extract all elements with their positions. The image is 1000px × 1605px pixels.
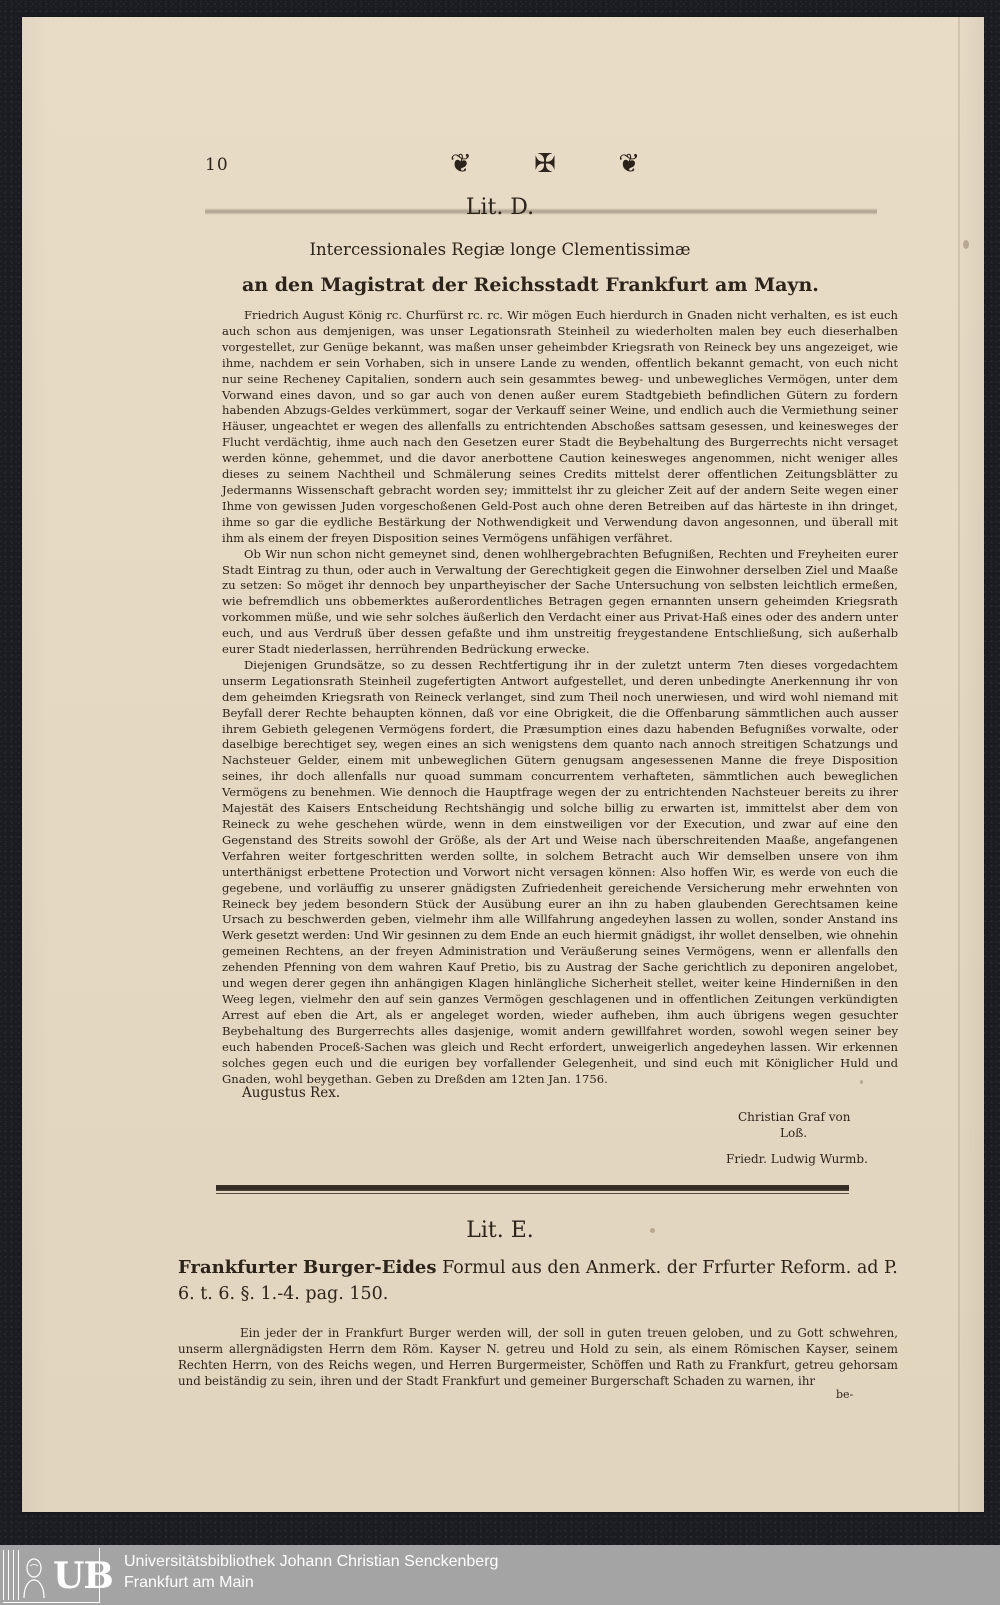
logo-text: UB xyxy=(53,1554,113,1598)
logo-columns-icon xyxy=(3,1550,19,1600)
section-e-title: Lit. E. xyxy=(0,1218,1000,1243)
paragraph: Diejenigen Grundsätze, so zu dessen Rech… xyxy=(222,658,898,1087)
section-divider xyxy=(216,1185,849,1191)
section-e-heading: Frankfurter Burger-Eides Formul aus den … xyxy=(178,1255,898,1307)
page-number: 10 xyxy=(205,155,229,175)
library-city: Frankfurt am Main xyxy=(124,1574,254,1592)
cross-ornament-icon: ✠ xyxy=(534,149,556,179)
library-name: Universitätsbibliothek Johann Christian … xyxy=(124,1553,498,1571)
fleuron-left-icon: ❦ xyxy=(450,149,472,179)
senckenberg-bust-icon xyxy=(21,1556,47,1598)
library-footer: UB Universitätsbibliothek Johann Christi… xyxy=(0,1545,1000,1605)
section-d-subtitle-german: an den Magistrat der Reichsstadt Frankfu… xyxy=(242,274,819,296)
king-signature: Augustus Rex. xyxy=(242,1085,340,1101)
section-divider-underline xyxy=(216,1193,849,1194)
ub-logo: UB xyxy=(3,1548,100,1603)
section-e-body: Ein jeder der in Frankfurt Burger werden… xyxy=(178,1325,898,1389)
header-ornament: ❦ ✠ ❦ xyxy=(450,146,640,182)
countersignature-line: Christian Graf von xyxy=(738,1110,850,1124)
section-d-body: Friedrich August König rc. Churfürst rc.… xyxy=(222,308,898,1087)
countersignature-line: Friedr. Ludwig Wurmb. xyxy=(726,1152,868,1166)
countersignature-line: Loß. xyxy=(780,1126,807,1140)
fleuron-right-icon: ❦ xyxy=(618,149,640,179)
section-d-subtitle-latin: Intercessionales Regiæ longe Clementissi… xyxy=(0,240,1000,259)
section-e-heading-fraktur: Frankfurter Burger-Eides xyxy=(178,1257,437,1278)
section-d-title: Lit. D. xyxy=(0,195,1000,220)
paragraph: Ein jeder der in Frankfurt Burger werden… xyxy=(178,1325,898,1389)
catchword: be- xyxy=(836,1388,853,1401)
paragraph: Friedrich August König rc. Churfürst rc.… xyxy=(222,308,898,547)
paragraph: Ob Wir nun schon nicht gemeynet sind, de… xyxy=(222,547,898,658)
